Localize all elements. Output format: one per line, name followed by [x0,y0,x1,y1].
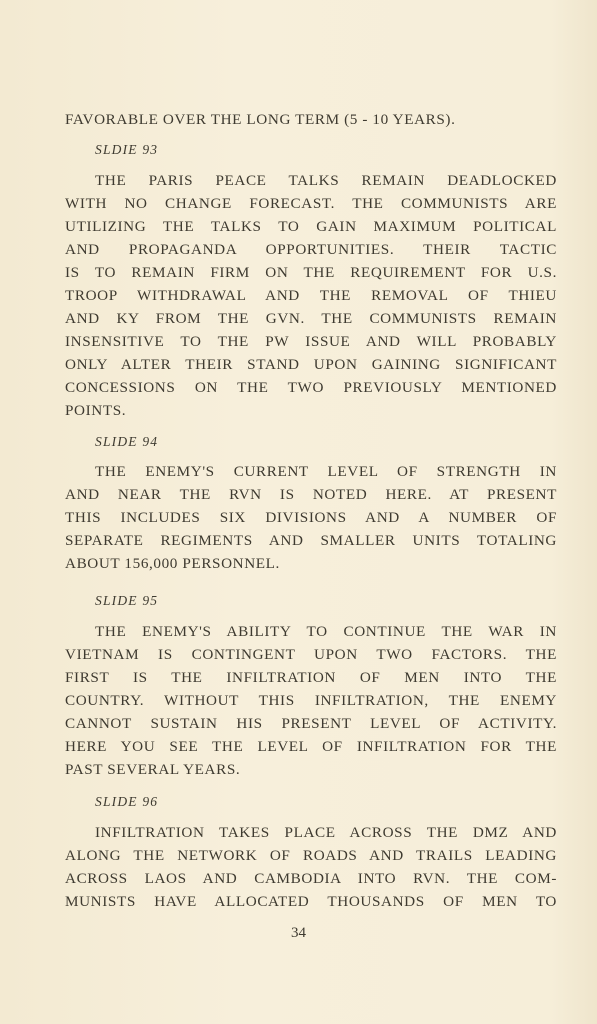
text-line: COUNTRY. WITHOUT THIS INFILTRATION, THE … [65,689,557,712]
text-line: POINTS. [65,399,557,422]
text-line: AND NEAR THE RVN IS NOTED HERE. AT PRESE… [65,483,557,506]
text-line: HERE YOU SEE THE LEVEL OF INFILTRATION F… [65,735,557,758]
document-page: FAVORABLE OVER THE LONG TERM (5 - 10 YEA… [0,0,597,1024]
text-line: CANNOT SUSTAIN HIS PRESENT LEVEL OF ACTI… [65,712,557,735]
text-line: THIS INCLUDES SIX DIVISIONS AND A NUMBER… [65,506,557,529]
text-line: ACROSS LAOS AND CAMBODIA INTO RVN. THE C… [65,867,557,890]
page-number: 34 [0,925,597,942]
text-line: AND PROPAGANDA OPPORTUNITIES. THEIR TACT… [65,238,557,261]
slide-heading-93: SLDIE 93 [95,140,158,160]
text-line: IS TO REMAIN FIRM ON THE REQUIREMENT FOR… [65,261,557,284]
text-line: THE ENEMY'S CURRENT LEVEL OF STRENGTH IN [65,460,557,483]
text-line: SEPARATE REGIMENTS AND SMALLER UNITS TOT… [65,529,557,552]
slide-heading-95: SLIDE 95 [95,591,158,611]
text-line: CONCESSIONS ON THE TWO PREVIOUSLY MENTIO… [65,376,557,399]
text-line: WITH NO CHANGE FORECAST. THE COMMUNISTS … [65,192,557,215]
text-line: ONLY ALTER THEIR STAND UPON GAINING SIGN… [65,353,557,376]
text-line: FIRST IS THE INFILTRATION OF MEN INTO TH… [65,666,557,689]
text-line: THE ENEMY'S ABILITY TO CONTINUE THE WAR … [65,620,557,643]
text-line: THE PARIS PEACE TALKS REMAIN DEADLOCKED [65,169,557,192]
text-line: INSENSITIVE TO THE PW ISSUE AND WILL PRO… [65,330,557,353]
text-line: TROOP WITHDRAWAL AND THE REMOVAL OF THIE… [65,284,557,307]
text-line: ALONG THE NETWORK OF ROADS AND TRAILS LE… [65,844,557,867]
text-line: PAST SEVERAL YEARS. [65,758,557,781]
text-line: VIETNAM IS CONTINGENT UPON TWO FACTORS. … [65,643,557,666]
text-line: ABOUT 156,000 PERSONNEL. [65,552,557,575]
opening-line: FAVORABLE OVER THE LONG TERM (5 - 10 YEA… [65,108,557,131]
text-line: UTILIZING THE TALKS TO GAIN MAXIMUM POLI… [65,215,557,238]
slide-heading-96: SLIDE 96 [95,792,158,812]
text-line: MUNISTS HAVE ALLOCATED THOUSANDS OF MEN … [65,890,557,913]
text-line: AND KY FROM THE GVN. THE COMMUNISTS REMA… [65,307,557,330]
text-line: INFILTRATION TAKES PLACE ACROSS THE DMZ … [65,821,557,844]
slide-heading-94: SLIDE 94 [95,432,158,452]
